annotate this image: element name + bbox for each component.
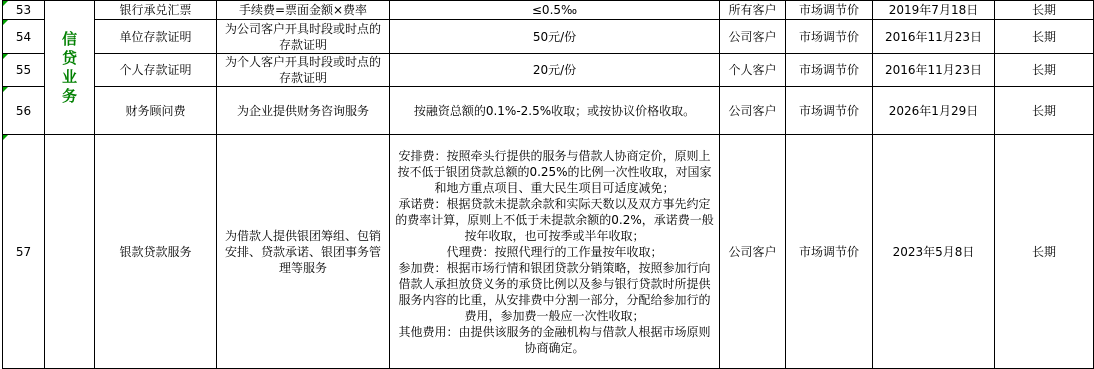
cell-service-name: 银行承兑汇票	[95, 1, 217, 20]
cell-row-number: 57	[3, 135, 45, 369]
cell-service-description: 为个人客户开具时段或时点的存款证明	[217, 54, 390, 87]
excel-flag-icon	[3, 20, 8, 25]
row-number: 56	[16, 104, 31, 118]
cell-pricing-method: 市场调节价	[786, 20, 873, 54]
cell-fee-standard: 按融资总额的0.1%-2.5%收取；或按协议价格收取。	[390, 87, 720, 135]
excel-flag-icon	[3, 135, 8, 140]
row-number: 55	[16, 63, 31, 77]
cell-service-description: 手续费=票面金额×费率	[217, 1, 390, 20]
cell-pricing-method: 市场调节价	[786, 54, 873, 87]
cell-customer-type: 公司客户	[720, 20, 786, 54]
cell-business-category-empty	[45, 135, 95, 369]
table-row: 55 个人存款证明 为个人客户开具时段或时点的存款证明 20元/份 个人客户 市…	[3, 54, 1094, 87]
cell-pricing-method: 市场调节价	[786, 1, 873, 20]
cell-fee-standard: 安排费：按照牵头行提供的服务与借款人协商定价，原则上按不低于银团贷款总额的0.2…	[390, 135, 720, 369]
excel-flag-icon	[3, 54, 8, 59]
cell-customer-type: 所有客户	[720, 1, 786, 20]
cell-term: 长期	[995, 135, 1094, 369]
cell-row-number: 54	[3, 20, 45, 54]
cell-service-description: 为企业提供财务咨询服务	[217, 87, 390, 135]
cell-customer-type: 公司客户	[720, 135, 786, 369]
cell-service-name: 银款贷款服务	[95, 135, 217, 369]
cell-row-number: 53	[3, 1, 45, 20]
cell-effective-date: 2023年5月8日	[873, 135, 995, 369]
cell-effective-date: 2026年1月29日	[873, 87, 995, 135]
cell-term: 长期	[995, 87, 1094, 135]
cell-row-number: 55	[3, 54, 45, 87]
table-row: 54 单位存款证明 为公司客户开具时段或时点的存款证明 50元/份 公司客户 市…	[3, 20, 1094, 54]
cell-customer-type: 公司客户	[720, 87, 786, 135]
cell-service-name: 个人存款证明	[95, 54, 217, 87]
cell-service-description: 为借款人提供银团筹组、包销安排、贷款承诺、银团事务管理等服务	[217, 135, 390, 369]
cell-effective-date: 2016年11月23日	[873, 54, 995, 87]
excel-flag-icon	[3, 1, 8, 6]
cell-fee-standard: ≤0.5‰	[390, 1, 720, 20]
fee-schedule-table: 53 信贷业务 银行承兑汇票 手续费=票面金额×费率 ≤0.5‰ 所有客户 市场…	[2, 0, 1094, 369]
cell-service-description: 为公司客户开具时段或时点的存款证明	[217, 20, 390, 54]
business-category-label: 信贷业务	[61, 30, 78, 106]
cell-term: 长期	[995, 20, 1094, 54]
cell-customer-type: 个人客户	[720, 54, 786, 87]
cell-fee-standard: 20元/份	[390, 54, 720, 87]
table-row: 57 银款贷款服务 为借款人提供银团筹组、包销安排、贷款承诺、银团事务管理等服务…	[3, 135, 1094, 369]
cell-business-category: 信贷业务	[45, 1, 95, 135]
excel-flag-icon	[3, 87, 8, 92]
row-number: 54	[16, 30, 31, 44]
cell-effective-date: 2016年11月23日	[873, 20, 995, 54]
row-number: 57	[16, 245, 31, 259]
cell-pricing-method: 市场调节价	[786, 87, 873, 135]
cell-pricing-method: 市场调节价	[786, 135, 873, 369]
row-number: 53	[16, 3, 31, 17]
cell-row-number: 56	[3, 87, 45, 135]
cell-service-name: 财务顾问费	[95, 87, 217, 135]
cell-service-name: 单位存款证明	[95, 20, 217, 54]
cell-term: 长期	[995, 54, 1094, 87]
table-row: 56 财务顾问费 为企业提供财务咨询服务 按融资总额的0.1%-2.5%收取；或…	[3, 87, 1094, 135]
cell-term: 长期	[995, 1, 1094, 20]
cell-fee-standard: 50元/份	[390, 20, 720, 54]
cell-effective-date: 2019年7月18日	[873, 1, 995, 20]
table-row: 53 信贷业务 银行承兑汇票 手续费=票面金额×费率 ≤0.5‰ 所有客户 市场…	[3, 1, 1094, 20]
